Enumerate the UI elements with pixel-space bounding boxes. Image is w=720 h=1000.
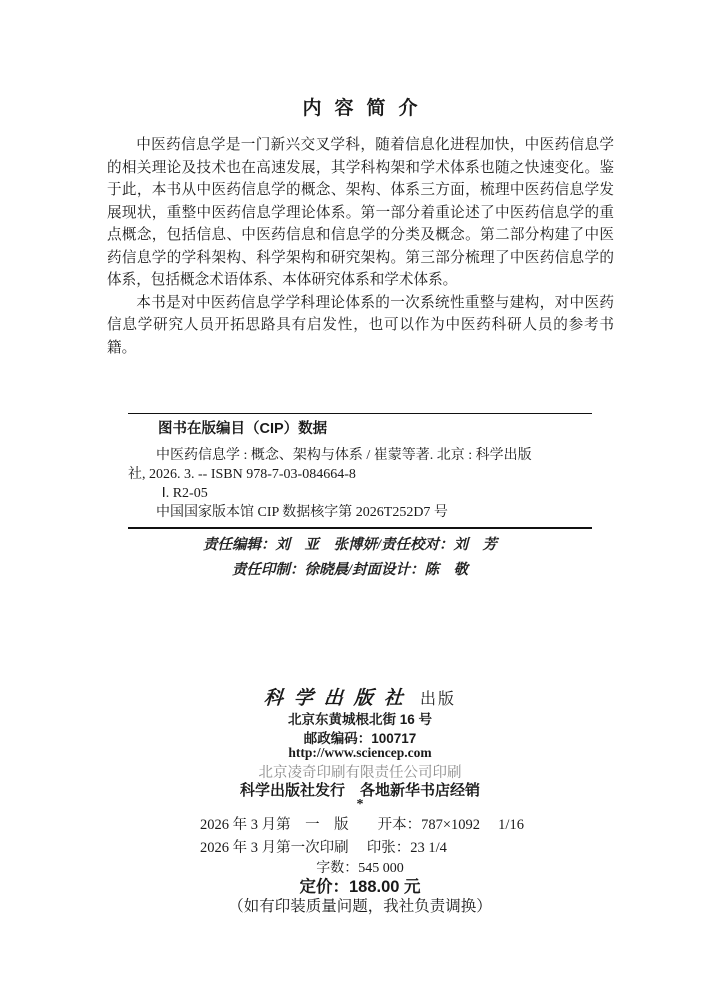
publisher-imprint-line: 科学出版社 出版 [0, 683, 720, 710]
cip-heading: 图书在版编目（CIP）数据 [128, 420, 592, 439]
cip-line-registry: 中国国家版本馆 CIP 数据核字第 2026T252D7 号 [128, 503, 592, 522]
cip-line-title: 中医药信息学 : 概念、架构与体系 / 崔蒙等著. 北京 : 科学出版 [128, 446, 592, 465]
cip-data-block: 图书在版编目（CIP）数据 中医药信息学 : 概念、架构与体系 / 崔蒙等著. … [128, 413, 592, 529]
book-copyright-page: 内容简介 中医药信息学是一门新兴交叉学科，随着信息化进程加快，中医药信息学的相关… [0, 0, 720, 1000]
staff-editors-line: 责任编辑：刘 亚 张博妍/责任校对：刘 芳 [0, 533, 710, 558]
cip-lines: 中医药信息学 : 概念、架构与体系 / 崔蒙等著. 北京 : 科学出版 社, 2… [128, 446, 592, 522]
content-summary: 中医药信息学是一门新兴交叉学科，随着信息化进程加快，中医药信息学的相关理论及技术… [107, 134, 614, 359]
asterisk-separator: * [0, 797, 720, 813]
publisher-postal-code: 邮政编码：100717 [0, 727, 720, 747]
cip-line-classcode: Ⅰ. R2-05 [128, 484, 592, 503]
summary-paragraph-2: 本书是对中医药信息学学科理论体系的一次系统性重整与建构，对中医药信息学研究人员开… [107, 292, 614, 360]
edition-line: 2026 年 3 月第 一 版 开本：787×1092 1/16 [200, 814, 524, 837]
quality-notice-line: （如有印装质量问题，我社负责调换） [0, 894, 720, 916]
staff-printing-line: 责任印制：徐晓晨/封面设计：陈 敬 [0, 558, 710, 583]
publisher-logo: 科学出版社 [263, 683, 415, 710]
summary-paragraph-1: 中医药信息学是一门新兴交叉学科，随着信息化进程加快，中医药信息学的相关理论及技术… [107, 134, 614, 292]
publisher-imprint-label: 出版 [420, 691, 456, 708]
cip-top-rule [128, 413, 592, 414]
cip-bottom-rule [128, 527, 592, 529]
publisher-website: http://www.sciencep.com [0, 745, 720, 761]
page-title: 内容简介 [0, 93, 720, 120]
cip-line-isbn: 社, 2026. 3. -- ISBN 978-7-03-084664-8 [128, 465, 592, 484]
edition-info: 2026 年 3 月第 一 版 开本：787×1092 1/16 2026 年 … [200, 814, 524, 860]
publisher-address: 北京东黄城根北街 16 号 [0, 708, 720, 728]
responsible-staff: 责任编辑：刘 亚 张博妍/责任校对：刘 芳 责任印制：徐晓晨/封面设计：陈 敬 [0, 533, 710, 583]
